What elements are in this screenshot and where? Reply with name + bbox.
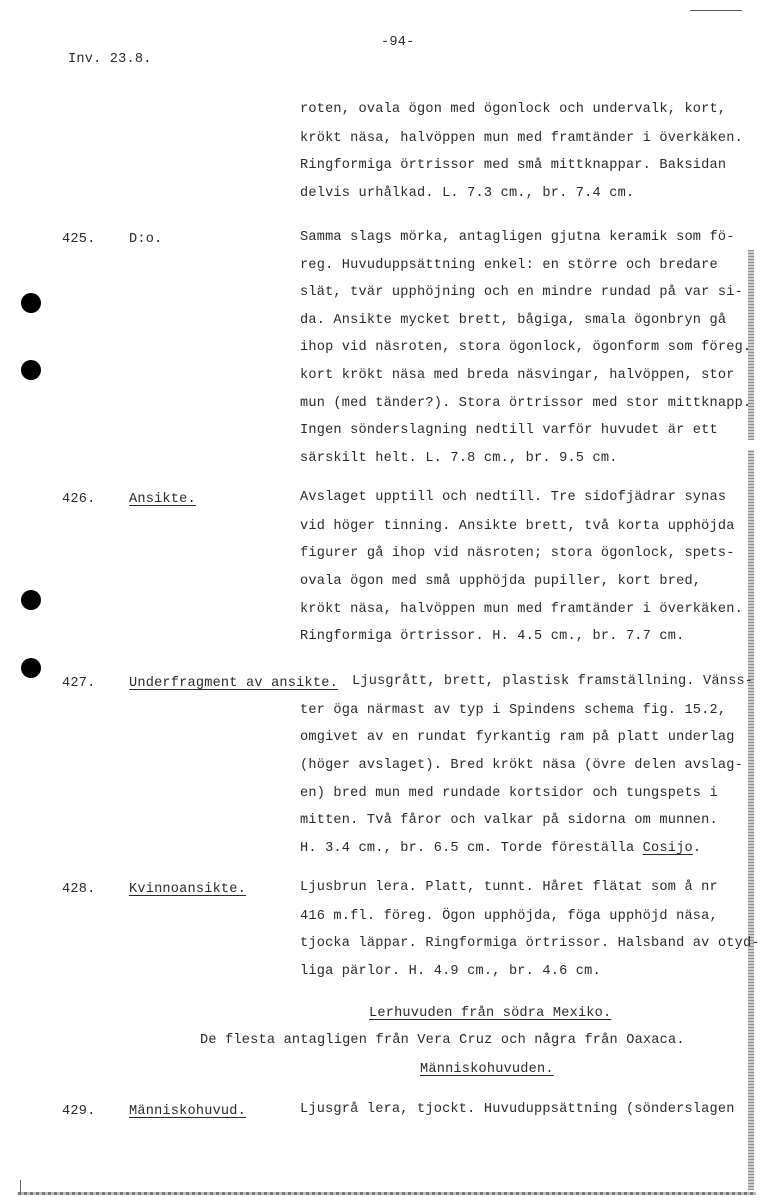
text-line: Ljusbrun lera. Platt, tunnt. Håret fläta… (300, 880, 718, 895)
section-subtext: De flesta antagligen från Vera Cruz och … (200, 1033, 685, 1048)
text-line: liga pärlor. H. 4.9 cm., br. 4.6 cm. (300, 964, 601, 979)
text-line: 416 m.fl. föreg. Ögon upphöjda, föga upp… (300, 909, 718, 924)
entry-number: 427. (62, 676, 95, 691)
text-line: Ljusgrå lera, tjockt. Huvuduppsättning (… (300, 1102, 735, 1117)
text-line: H. 3.4 cm., br. 6.5 cm. Torde föreställa… (300, 841, 701, 856)
entry-number: 429. (62, 1104, 95, 1119)
entry-title: Underfragment av ansikte. (129, 676, 338, 691)
entry-number: 425. (62, 232, 95, 247)
text-line: krökt näsa, halvöppen mun med framtänder… (300, 131, 743, 146)
text-line: mitten. Två fåror och valkar på sidorna … (300, 813, 718, 828)
text-line: ovala ögon med små upphöjda pupiller, ko… (300, 574, 701, 589)
text-line: Samma slags mörka, antagligen gjutna ker… (300, 230, 735, 245)
text-line: Ringformiga örtrissor. H. 4.5 cm., br. 7… (300, 629, 684, 644)
text-line: en) bred mun med rundade kortsidor och t… (300, 786, 718, 801)
scan-edge-left (20, 1180, 21, 1194)
text-line: kort krökt näsa med breda näsvingar, hal… (300, 368, 735, 383)
text-line: (höger avslaget). Bred krökt näsa (övre … (300, 758, 743, 773)
text-line: Ringformiga örtrissor med små mittknappa… (300, 158, 726, 173)
text-line: delvis urhålkad. L. 7.3 cm., br. 7.4 cm. (300, 186, 634, 201)
entry-title: Ansikte. (129, 492, 196, 507)
text-line: mun (med tänder?). Stora örtrissor med s… (300, 396, 751, 411)
text-line: figurer gå ihop vid näsroten; stora ögon… (300, 546, 735, 561)
text-line: krökt näsa, halvöppen mun med framtänder… (300, 602, 743, 617)
inventory-label: Inv. 23.8. (68, 52, 152, 67)
text-line: roten, ovala ögon med ögonlock och under… (300, 102, 726, 117)
text-line: Ljusgrått, brett, plastisk framställning… (352, 674, 753, 689)
punch-hole (21, 590, 41, 610)
text-line: ihop vid näsroten, stora ögonlock, ögonf… (300, 340, 751, 355)
entry-title: Kvinnoansikte. (129, 882, 246, 897)
text-line: omgivet av en rundat fyrkantig ram på pl… (300, 730, 735, 745)
text-line: särskilt helt. L. 7.8 cm., br. 9.5 cm. (300, 451, 618, 466)
scan-mark (690, 10, 742, 11)
text-line: reg. Huvuduppsättning enkel: en större o… (300, 258, 718, 273)
entry-number: 428. (62, 882, 95, 897)
text-line: ter öga närmast av typ i Spindens schema… (300, 703, 726, 718)
entry-title: D:o. (129, 232, 162, 247)
deity-name: Cosijo (643, 841, 693, 856)
text-line: vid höger tinning. Ansikte brett, två ko… (300, 519, 735, 534)
punch-hole (21, 293, 41, 313)
section-subheading: Människohuvuden. (420, 1062, 554, 1077)
text-span: H. 3.4 cm., br. 6.5 cm. Torde föreställa (300, 841, 643, 856)
text-line: tjocka läppar. Ringformiga örtrissor. Ha… (300, 936, 760, 951)
scan-edge-bottom (18, 1192, 756, 1195)
section-heading: Lerhuvuden från södra Mexiko. (369, 1006, 611, 1021)
text-span: . (693, 841, 701, 856)
text-line: Avslaget upptill och nedtill. Tre sidofj… (300, 490, 726, 505)
punch-hole (21, 360, 41, 380)
text-line: slät, tvär upphöjning och en mindre rund… (300, 285, 743, 300)
entry-title: Människohuvud. (129, 1104, 246, 1119)
text-line: da. Ansikte mycket brett, bågiga, smala … (300, 313, 726, 328)
scan-edge (748, 450, 754, 1190)
page-number: -94- (381, 35, 414, 50)
entry-number: 426. (62, 492, 95, 507)
text-line: Ingen sönderslagning nedtill varför huvu… (300, 423, 718, 438)
punch-hole (21, 658, 41, 678)
